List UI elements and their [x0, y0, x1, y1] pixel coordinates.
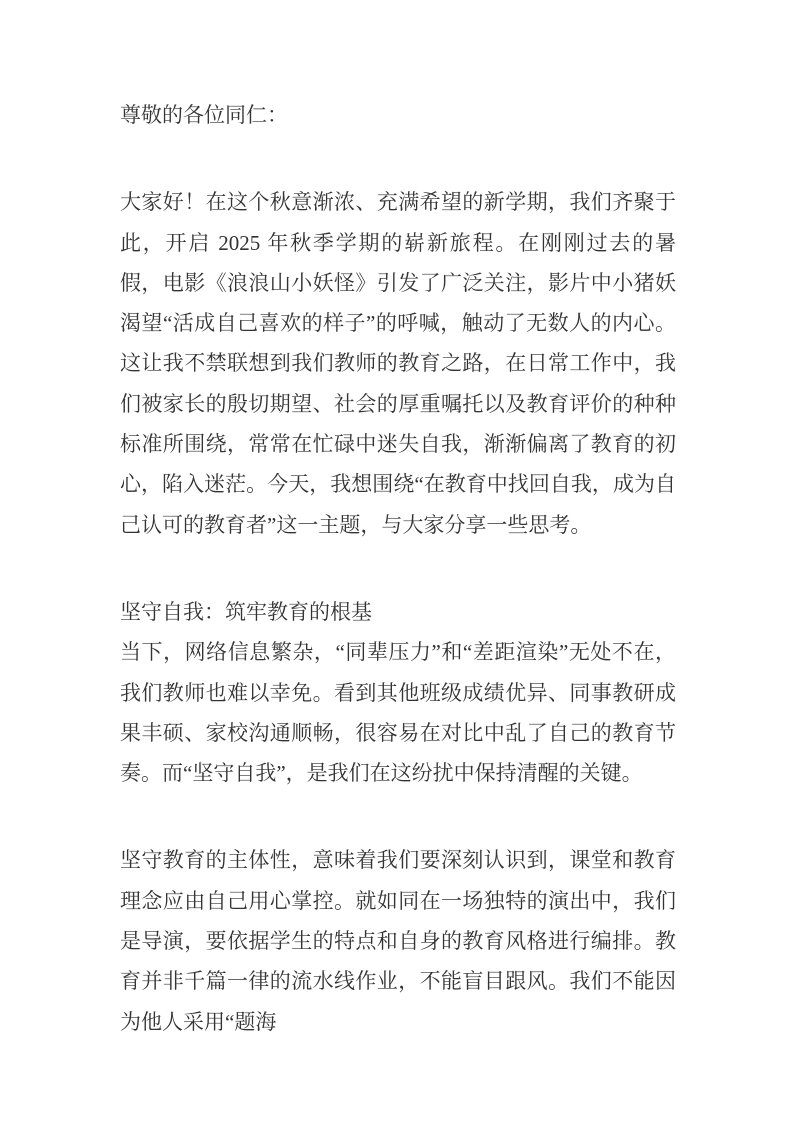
document-page: 尊敬的各位同仁： 大家好！在这个秋意渐浓、充满希望的新学期，我们齐聚于此，开启 … — [0, 0, 793, 1122]
salutation-line: 尊敬的各位同仁： — [120, 95, 676, 135]
paragraph-opening: 大家好！在这个秋意渐浓、充满希望的新学期，我们齐聚于此，开启 2025 年秋季学… — [120, 182, 676, 545]
paragraph-subjectivity-truncated: 坚守教育的主体性，意味着我们要深刻认识到，课堂和教育理念应由自己用心掌控。就如同… — [120, 840, 676, 1041]
paragraph-peer-pressure: 当下，网络信息繁杂，“同辈压力”和“差距渲染”无处不在，我们教师也难以幸免。看到… — [120, 632, 676, 793]
section-heading: 坚守自我：筑牢教育的根基 — [120, 592, 676, 632]
